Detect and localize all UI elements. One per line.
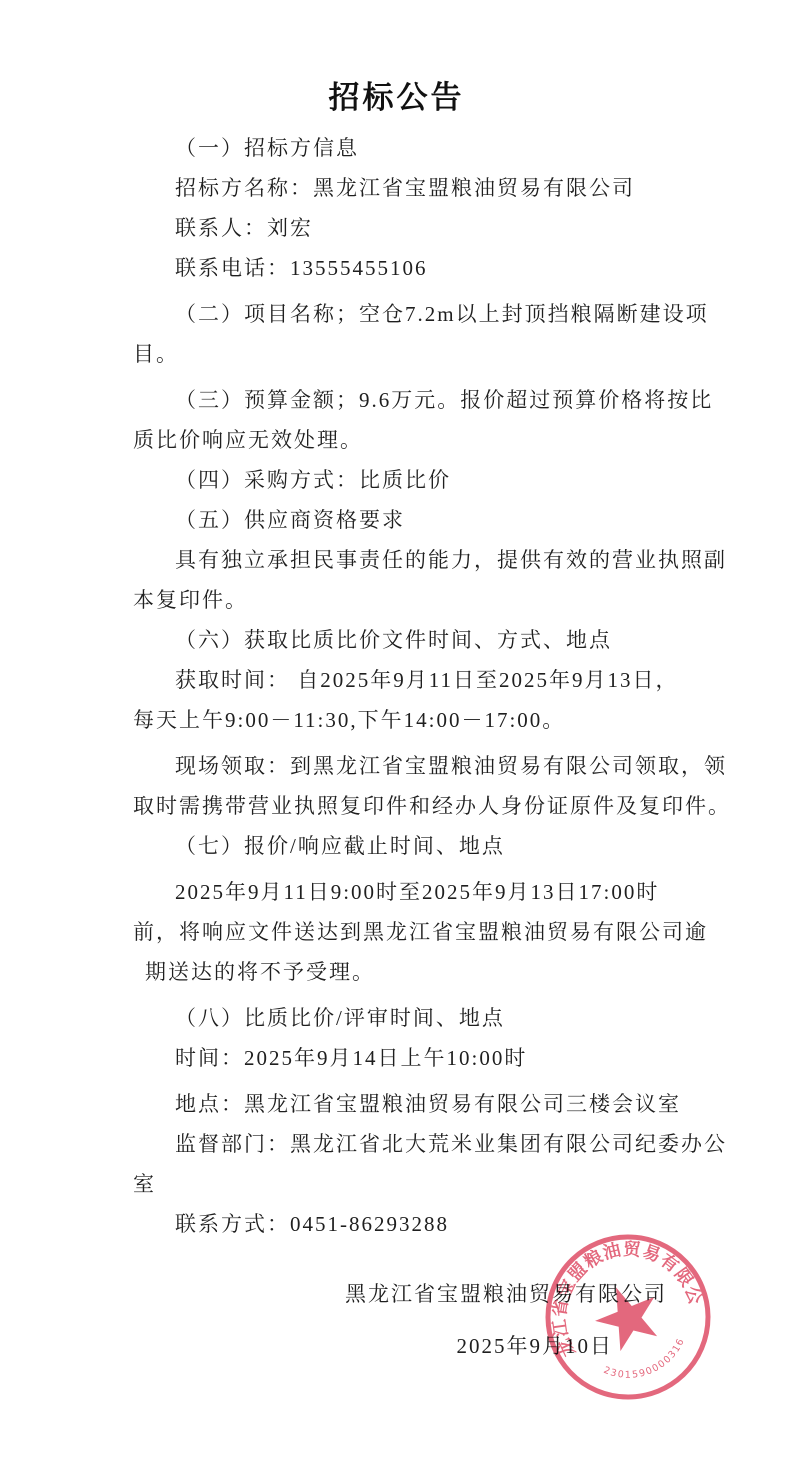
text-line: 质比价响应无效处理。 [133,420,713,460]
text-line: 每天上午9:00－11:30,下午14:00－17:00。 [133,700,713,740]
text-line: （一）招标方信息 [133,128,713,168]
text-line: 具有独立承担民事责任的能力，提供有效的营业执照副 [133,540,713,580]
text-line: 室 [133,1164,713,1204]
text-line: 地点：黑龙江省宝盟粮油贸易有限公司三楼会议室 [133,1084,713,1124]
signature-date: 2025年9月10日 [0,1326,793,1366]
text-line: 招标方名称：黑龙江省宝盟粮油贸易有限公司 [133,168,713,208]
text-line: 获取时间： 自2025年9月11日至2025年9月13日， [133,660,713,700]
text-line: 时间：2025年9月14日上午10:00时 [133,1038,713,1078]
text-line: 取时需携带营业执照复印件和经办人身份证原件及复印件。 [133,786,713,826]
text-line: （七）报价/响应截止时间、地点 [133,826,713,866]
text-line: （五）供应商资格要求 [133,500,713,540]
text-line: 2025年9月11日9:00时至2025年9月13日17:00时 [133,872,713,912]
text-line: （四）采购方式：比质比价 [133,460,713,500]
text-line: 联系人：刘宏 [133,208,713,248]
text-line: 目。 [133,334,713,374]
text-line: 联系电话：13555455106 [133,248,713,288]
text-line: 期送达的将不予受理。 [133,952,713,992]
text-line: （二）项目名称；空仓7.2m以上封顶挡粮隔断建设项 [133,294,713,334]
page-title: 招标公告 [0,80,793,116]
text-line: 监督部门：黑龙江省北大荒米业集团有限公司纪委办公 [133,1124,713,1164]
signature-block: 黑龙江省宝盟粮油贸易有限公司 2025年9月10日 [0,1274,793,1366]
document-body: （一）招标方信息招标方名称：黑龙江省宝盟粮油贸易有限公司联系人：刘宏联系电话：1… [0,128,793,1244]
text-line: 联系方式：0451-86293288 [133,1204,713,1244]
text-line: 前，将响应文件送达到黑龙江省宝盟粮油贸易有限公司逾 [133,912,713,952]
text-line: （六）获取比质比价文件时间、方式、地点 [133,620,713,660]
document-page: 招标公告 （一）招标方信息招标方名称：黑龙江省宝盟粮油贸易有限公司联系人：刘宏联… [0,0,793,1480]
signature-company: 黑龙江省宝盟粮油贸易有限公司 [0,1274,793,1314]
text-line: （三）预算金额；9.6万元。报价超过预算价格将按比 [133,380,713,420]
text-line: （八）比质比价/评审时间、地点 [133,998,713,1038]
text-line: 本复印件。 [133,580,713,620]
text-line: 现场领取：到黑龙江省宝盟粮油贸易有限公司领取，领 [133,746,713,786]
